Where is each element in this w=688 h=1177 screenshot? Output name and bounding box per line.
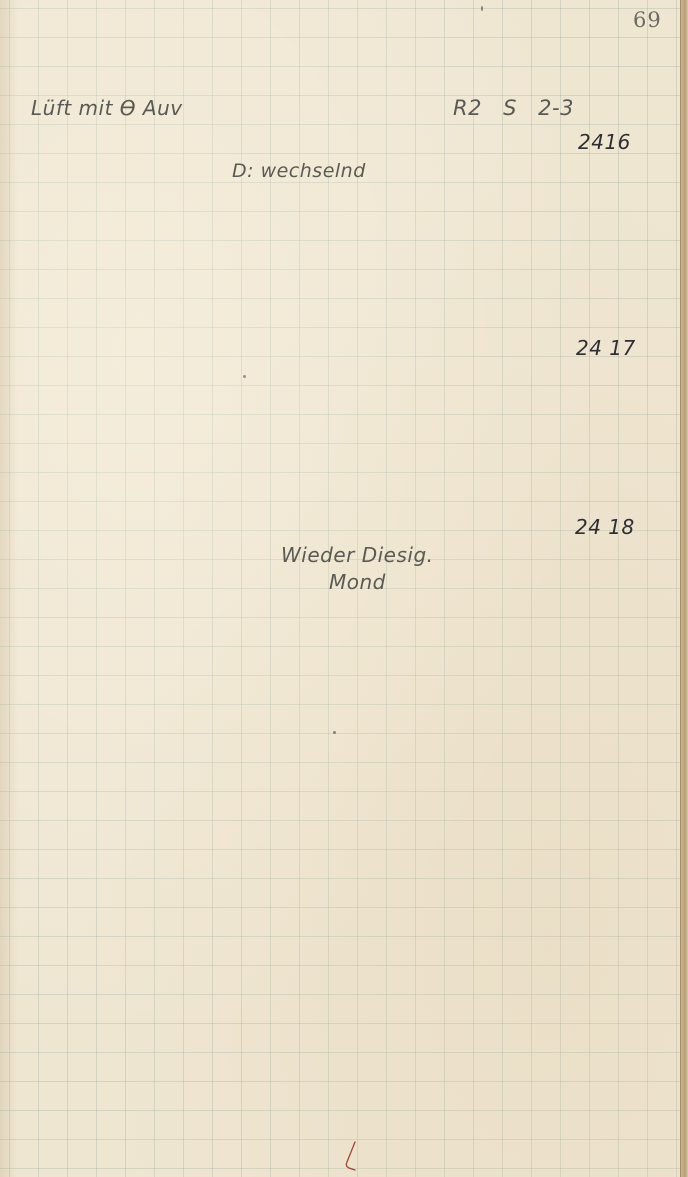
frame-number-2417: 24 17 bbox=[576, 336, 636, 360]
paper-speck bbox=[243, 375, 246, 378]
frame-number-2416: 2416 bbox=[578, 130, 631, 154]
frame-number-2418: 24 18 bbox=[575, 515, 635, 539]
paper-speck bbox=[333, 731, 336, 734]
note-wieder-diesig: Wieder Diesig. bbox=[281, 543, 434, 567]
entry-header-left: Lüft mit ϴ Auv bbox=[31, 96, 183, 120]
page-binding-edge bbox=[680, 0, 688, 1177]
red-pencil-mark bbox=[343, 1140, 357, 1172]
note-wechselnd: D: wechselnd bbox=[232, 160, 366, 182]
paper-speck bbox=[481, 6, 483, 11]
notebook-page: 69 Lüft mit ϴ Auv R2 S 2-3 2416 D: wechs… bbox=[0, 0, 688, 1177]
entry-header-right: R2 S 2-3 bbox=[453, 96, 574, 120]
note-mond: Mond bbox=[329, 570, 386, 594]
page-number: 69 bbox=[633, 8, 662, 32]
